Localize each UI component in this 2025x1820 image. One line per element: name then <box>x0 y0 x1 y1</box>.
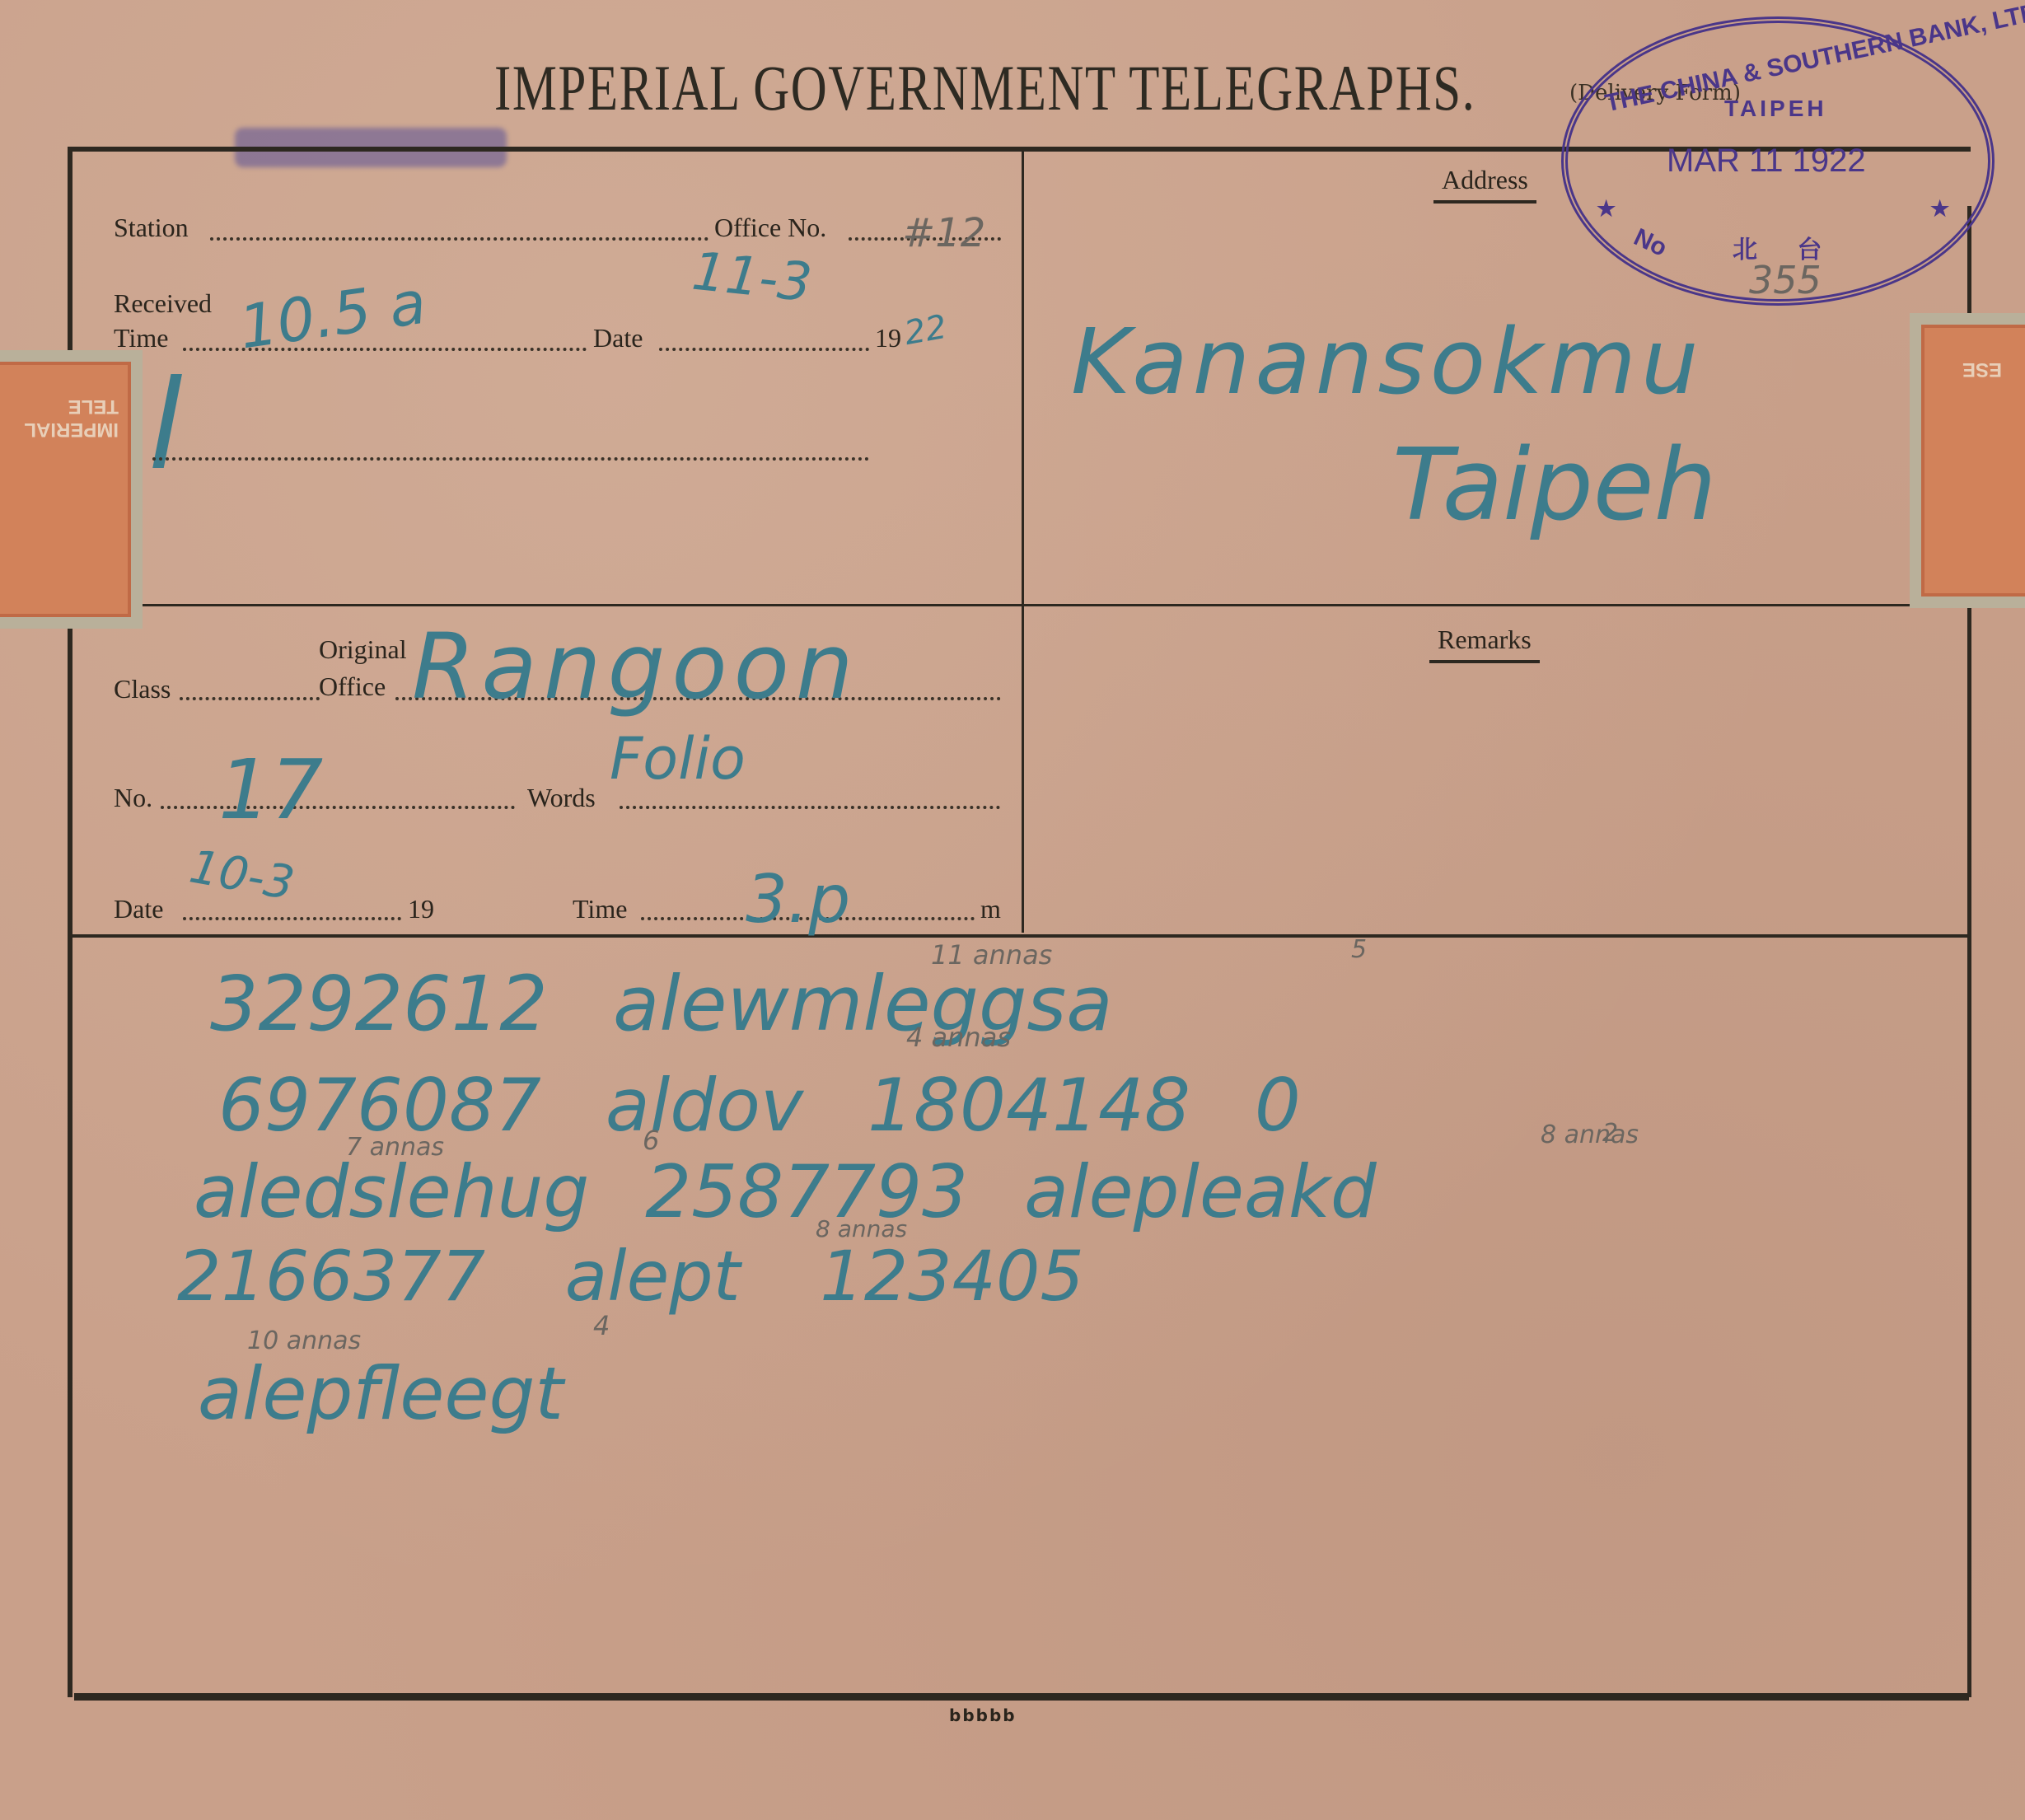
printer-mark: bbbbb <box>949 1705 1017 1725</box>
time-suffix: m <box>980 894 1001 924</box>
remarks-label: Remarks <box>1429 625 1540 663</box>
center-vertical-divider <box>1022 152 1024 933</box>
message-line-4: 2166377 alept 123405 <box>177 1236 1084 1317</box>
original-office-value: Rangoon <box>412 614 860 719</box>
bank-stamp-star-right-icon: ★ <box>1930 196 1949 222</box>
words-label: Words <box>527 783 596 813</box>
received-year-value: 22 <box>901 308 949 353</box>
postage-stamp-right: ESE <box>1910 313 2025 608</box>
annotation-5: 5 <box>1351 935 1367 964</box>
message-line-3: aledslehug 2587793 alepleakd <box>194 1149 1377 1234</box>
postage-stamp-left: IMPERIAL TELE <box>0 350 143 629</box>
time-label: Time <box>573 894 627 924</box>
annotation-4-annas: 4 annas <box>906 1022 1011 1053</box>
no-field[interactable] <box>161 806 515 809</box>
date-field[interactable] <box>659 348 869 351</box>
extra-field-line[interactable] <box>152 457 869 461</box>
origin-date-label: Date <box>114 894 163 924</box>
frame-bottom-border <box>74 1693 1969 1701</box>
bank-stamp-date: MAR 11 1922 <box>1667 143 1866 180</box>
address-line-1: Kanansokmu <box>1071 309 1704 414</box>
origin-time-value: 3.p <box>746 861 850 938</box>
words-field[interactable] <box>620 806 1000 809</box>
origin-date-field[interactable] <box>183 917 401 920</box>
middle-horizontal-divider <box>72 604 1967 606</box>
address-line-2: Taipeh <box>1392 428 1717 543</box>
original-office-label-line1: Original <box>319 634 407 665</box>
bank-stamp-city: TAIPEH <box>1724 96 1827 122</box>
origin-date-value: 10-3 <box>185 840 297 910</box>
class-field[interactable] <box>180 697 320 700</box>
postage-stamp-left-text: IMPERIAL TELE <box>3 395 119 441</box>
bank-receipt-stamp: THE CHINA & SOUTHERN BANK, LTD. TAIPEH M… <box>1561 16 1995 306</box>
remarks-field[interactable] <box>1030 676 1961 923</box>
annotation-4: 4 <box>593 1310 610 1341</box>
annotation-2: 2 <box>1602 1119 1618 1148</box>
year-prefix: 19 <box>875 323 901 353</box>
postage-stamp-right-text: ESE <box>1962 358 2002 381</box>
message-line-5: alepfleegt <box>198 1351 564 1436</box>
bank-stamp-number-label: No <box>1630 223 1672 263</box>
form-title: IMPERIAL GOVERNMENT TELEGRAPHS. <box>494 51 1475 125</box>
no-value: 17 <box>218 742 323 838</box>
received-date-value: 11-3 <box>690 241 815 315</box>
received-label: Received <box>114 288 212 319</box>
original-office-label-line2: Office <box>319 671 386 702</box>
station-label: Station <box>114 213 189 243</box>
address-label: Address <box>1433 165 1536 204</box>
class-label: Class <box>114 674 171 704</box>
body-horizontal-divider <box>72 934 1967 938</box>
words-value: Folio <box>610 725 746 793</box>
bank-stamp-number-value: 355 <box>1749 258 1822 302</box>
annotation-8-annas-right: 8 annas <box>1541 1121 1639 1149</box>
office-no-label: Office No. <box>714 213 826 243</box>
station-field[interactable] <box>210 237 709 241</box>
time-label: Time <box>114 323 168 353</box>
bank-stamp-star-left-icon: ★ <box>1597 196 1616 222</box>
date-label: Date <box>593 323 643 353</box>
origin-year-prefix: 19 <box>408 894 434 924</box>
office-no-value: #12 <box>902 210 985 256</box>
no-label: No. <box>114 783 152 813</box>
initial-mark: l <box>148 354 183 498</box>
